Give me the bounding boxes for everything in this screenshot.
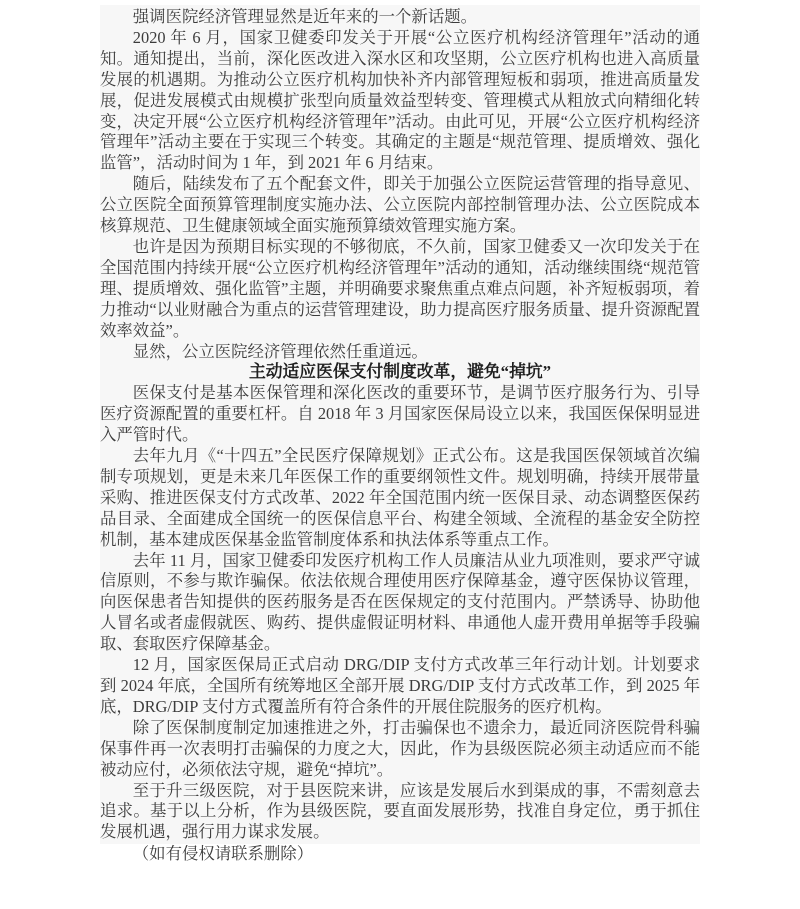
paragraph: 强调医院经济管理显然是近年来的一个新话题。 — [100, 7, 700, 28]
paragraph: 12 月，国家医保局正式启动 DRG/DIP 支付方式改革三年行动计划。计划要求… — [100, 655, 700, 718]
article-text-block: 强调医院经济管理显然是近年来的一个新话题。 2020 年 6 月，国家卫健委印发… — [100, 5, 700, 844]
paragraph: 至于升三级医院，对于县医院来讲，应该是发展后水到渠成的事，不需刻意去追求。基于以… — [100, 781, 700, 844]
paragraph: 除了医保制度制定加速推进之外，打击骗保也不遗余力，最近同济医院骨科骗保事件再一次… — [100, 718, 700, 781]
paragraph: 也许是因为预期目标实现的不够彻底，不久前，国家卫健委又一次印发关于在全国范围内持… — [100, 237, 700, 342]
disclaimer: （如有侵权请联系删除） — [100, 844, 700, 865]
paragraph: 2020 年 6 月，国家卫健委印发关于开展“公立医疗机构经济管理年”活动的通知… — [100, 28, 700, 174]
paragraph: 医保支付是基本医保管理和深化医改的重要环节，是调节医疗服务行为、引导医疗资源配置… — [100, 383, 700, 446]
paragraph: 随后，陆续发布了五个配套文件，即关于加强公立医院运营管理的指导意见、公立医院全面… — [100, 174, 700, 237]
paragraph: 去年 11 月，国家卫健委印发医疗机构工作人员廉洁从业九项准则，要求严守诚信原则… — [100, 551, 700, 656]
section-heading: 主动适应医保支付制度改革，避免“掉坑” — [100, 362, 700, 383]
paragraph: 去年九月《“十四五”全民医疗保障规划》正式公布。这是我国医保领域首次编制专项规划… — [100, 446, 700, 551]
article-page: 强调医院经济管理显然是近年来的一个新话题。 2020 年 6 月，国家卫健委印发… — [0, 0, 800, 909]
paragraph: 显然，公立医院经济管理依然任重道远。 — [100, 342, 700, 363]
